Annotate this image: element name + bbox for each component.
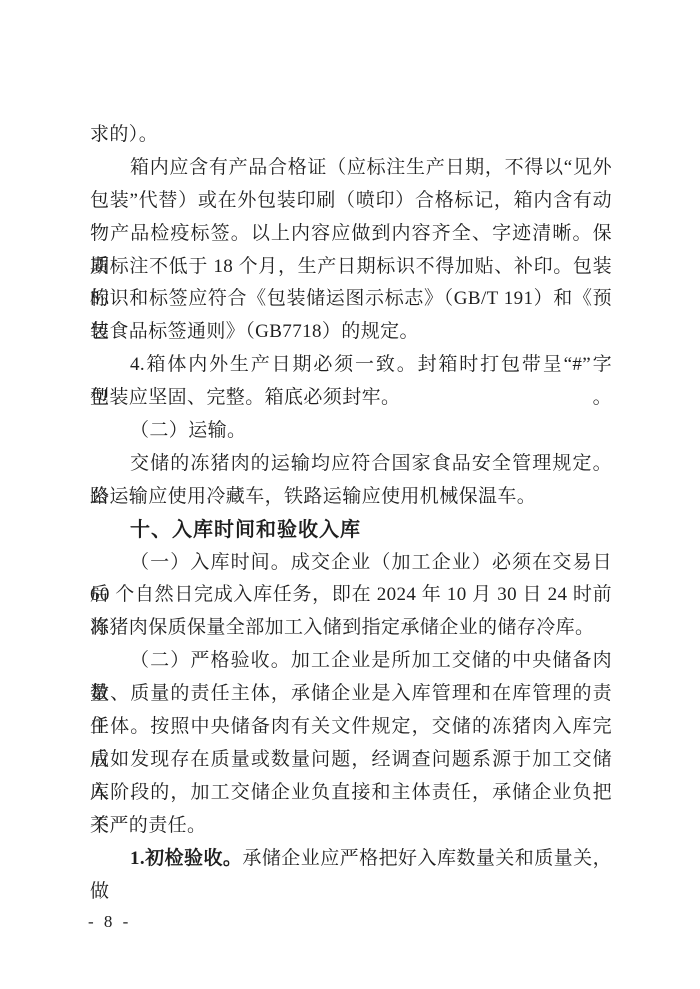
text-segment: 路运输应使用冷藏车，铁路运输应使用机械保温车。 (90, 486, 536, 507)
text-line: 路运输应使用冷藏车，铁路运输应使用机械保温车。 (90, 481, 612, 514)
page-number: - 8 - (88, 912, 131, 932)
text-line: 标识和标签应符合《包装储运图示标志》（GB/T 191）和《预包 (90, 283, 612, 316)
text-line: 求的）。 (90, 119, 612, 152)
text-line: 后如发现存在质量或数量问题，经调查问题系源于加工交储入 (90, 744, 612, 777)
text-line: 1.初检验收。承储企业应严格把好入库数量关和质量关，做 (90, 843, 612, 876)
text-segment: （二）运输。 (130, 420, 246, 441)
text-line: 主体。按照中央储备肉有关文件规定，交储的冻猪肉入库完成 (90, 711, 612, 744)
text-segment: 不严的责任。 (90, 815, 206, 836)
document-page: 求的）。箱内应含有产品合格证（应标注生产日期，不得以“见外包装”代替）或在外包装… (0, 0, 700, 989)
section-heading: 十、入库时间和验收入库 (90, 514, 612, 547)
text-segment: 包装应坚固、完整。箱底必须封牢。 (90, 387, 400, 408)
text-line: （二）运输。 (90, 415, 612, 448)
page-body: 求的）。箱内应含有产品合格证（应标注生产日期，不得以“见外包装”代替）或在外包装… (90, 119, 612, 875)
text-line: 量、质量的责任主体，承储企业是入库管理和在库管理的责任 (90, 678, 612, 711)
text-line: 物产品检疫标签。以上内容应做到内容齐全、字迹清晰。保质 (90, 218, 612, 251)
text-line: （一）入库时间。成交企业（加工企业）必须在交易日后 (90, 547, 612, 580)
text-line: 库阶段的，加工交储企业负直接和主体责任，承储企业负把关 (90, 777, 612, 810)
text-segment: 装食品标签通则》（GB7718）的规定。 (90, 321, 419, 342)
text-line: 期标注不低于 18 个月，生产日期标识不得加贴、补印。包装的 (90, 251, 612, 284)
text-segment: 包装”代替）或在外包装印刷（喷印）合格标记，箱内含有动 (90, 190, 612, 211)
text-line: 包装”代替）或在外包装印刷（喷印）合格标记，箱内含有动 (90, 185, 612, 218)
text-line: 冻猪肉保质保量全部加工入储到指定承储企业的储存冷库。 (90, 612, 612, 645)
text-line: 交储的冻猪肉的运输均应符合国家食品安全管理规定。公 (90, 448, 612, 481)
text-line: 装食品标签通则》（GB7718）的规定。 (90, 316, 612, 349)
text-segment: 冻猪肉保质保量全部加工入储到指定承储企业的储存冷库。 (90, 617, 594, 638)
text-segment: 十、入库时间和验收入库 (130, 519, 361, 541)
text-line: （二）严格验收。加工企业是所加工交储的中央储备肉数 (90, 645, 612, 678)
text-line: 4.箱体内外生产日期必须一致。封箱时打包带呈“#”字型。 (90, 349, 612, 382)
text-line: 箱内应含有产品合格证（应标注生产日期，不得以“见外 (90, 152, 612, 185)
text-segment: 1.初检验收。 (130, 848, 242, 869)
text-segment: 箱内应含有产品合格证（应标注生产日期，不得以“见外 (130, 157, 612, 178)
text-line: 不严的责任。 (90, 810, 612, 843)
text-segment: 求的）。 (90, 124, 158, 145)
text-line: 60 个自然日完成入库任务，即在 2024 年 10 月 30 日 24 时前将 (90, 579, 612, 612)
